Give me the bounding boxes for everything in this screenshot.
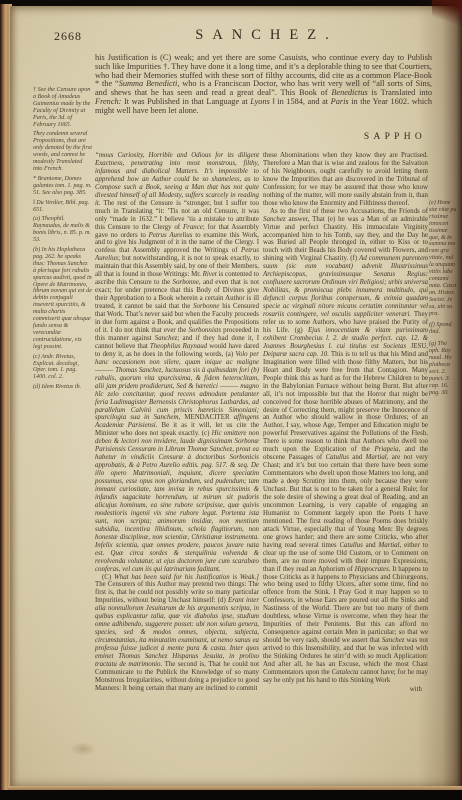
paragraph: “mous Curiosity, Horrible and Odious for… [95,152,259,574]
italic-text-run: French: [95,97,121,106]
italic-text-run: France [183,224,203,231]
italic-text-run: Sorbonnists [188,327,221,334]
italic-text-run: See the Censure upon a Book of Amadeus G… [33,87,90,128]
text-run: . It happens to those Criticks as it hap… [263,566,428,645]
binding-corner-dark [432,0,462,26]
text-column-left: “mous Curiosity, Horrible and Odious for… [95,152,259,693]
italic-text-run: Sorbonne [173,279,199,286]
text-run: (b) [33,247,42,253]
italic-text-run: Erant inter alia nonnullorum Jesuitarum … [95,597,259,668]
text-run: and [349,454,366,461]
italic-text-run: Hippocrates [355,566,389,573]
text-run: Hoplotheca [57,247,85,253]
italic-text-run: Paris [331,97,349,106]
italic-text-run: Sanchez [155,335,178,342]
binding-shadow [418,0,462,800]
book-page-photo: 2668 SANCHEZ. his Justification is (C) w… [0,0,462,800]
italic-text-run: Idem Rivetus ib. [42,384,81,390]
italic-text-run: Sorbonne [193,303,219,310]
italic-text-run: Summa Benedicti [119,79,178,88]
text-run: these Abominations when they know they a… [263,152,428,207]
paragraph: these Abominations when they know they a… [263,152,428,208]
italic-text-run: Martial [366,454,387,461]
text-run: (d) [33,384,42,390]
italic-text-run: Theophil. Raynaudus, de malis & bonis li… [33,216,91,243]
italic-text-run: Theophilus Raynaud [150,343,207,350]
italic-text-run: Rivet [203,271,217,278]
text-run: MENDACITER [184,414,229,421]
italic-text-run: Catalecta [332,669,359,676]
text-column-right: these Abominations when they know they a… [263,152,428,694]
next-article-word: SAPPHO [250,132,426,142]
sidenote: (b) In his Hoplotheca pag. 262. he speak… [33,247,92,351]
sidenotes-left: † See the Censure upon a Book of Amadeus… [33,87,92,394]
text-run: ‖ in 1584, and at [270,97,331,106]
sidenote: ‖ Du Verdier, Bibl. pag. 651. [33,200,92,214]
italic-text-run: Priapeia [374,446,398,453]
sidenote: (c) Andr. Rivetus, Explicat. decalogi, O… [33,354,92,382]
italic-text-run: They condemn several Propositions, that … [33,131,92,172]
photo-bottom-strip [0,790,462,800]
text-run: It was Published in that Language at [121,97,250,106]
sidenote: * Brantome, Dames galantes tom. 1. pag. … [33,176,92,197]
italic-text-run: Ad communem parentem suum (sic eum vocab… [263,255,428,318]
sidenote: They condemn several Propositions, that … [33,131,92,172]
italic-text-run: In his [42,247,57,253]
sidenote: (a) Theophil. Raynaudus, de malis & boni… [33,216,92,244]
italic-text-run: Catullus [326,454,349,461]
text-run: As to the first of these two Accusations… [270,208,428,215]
italic-text-run: What has been said for his Justification… [114,574,259,581]
catchword: with [263,686,428,694]
italic-text-run: Benedictus [331,88,367,97]
sidenote: (d) Idem Rivetus ib. [33,384,92,391]
running-title: SANCHEZ. [95,27,429,44]
sidenote: † See the Censure upon a Book of Amadeus… [33,87,92,128]
text-run: and [363,542,379,549]
italic-text-run: Petrus Aurelius [149,232,193,239]
italic-text-run: Sanchez [263,216,286,223]
text-run: (C) [102,574,114,581]
paragraph: (C) What has been said for his Justifica… [95,574,259,693]
italic-text-run: Du Verdier, Bibl. pag. 651. [33,200,89,213]
text-run: , are not very Chast; and it’s but too c… [263,454,428,548]
intro-paragraph: his Justification is (C) weak; and yet t… [95,54,432,116]
italic-text-run: Hic omittere non debeo & lectori non inv… [95,430,259,572]
italic-text-run: Sanchez [382,637,405,644]
paragraph: As to the first of these two Accusations… [263,208,428,685]
italic-text-run: Martial [378,542,399,549]
italic-text-run: Volo per hanc occasionem non silere, qua… [95,351,259,422]
italic-text-run: pag. 262. he speaks thus: Thomas Sanchez… [33,254,92,350]
text-run: This is to tell us that his Mind and Ima… [263,351,428,453]
italic-text-run: Brantome, Dames galantes tom. 1. pag. m.… [33,176,92,196]
italic-text-run: Lyons [250,97,270,106]
italic-text-run: Catullus [339,542,362,549]
page-number: 2668 [54,29,82,44]
text-run: (c) [33,354,41,360]
italic-text-run: “mous Curiosity, Horrible and Odious for… [95,152,259,207]
text-run: (a) [33,216,42,222]
